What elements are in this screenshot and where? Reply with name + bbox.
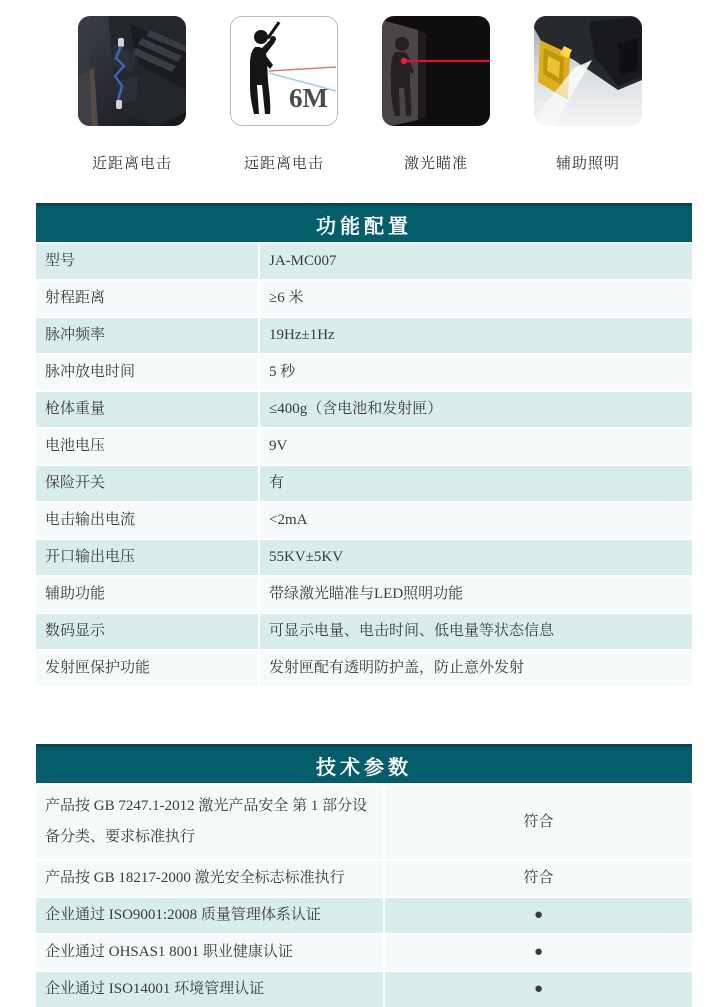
spec-label: 产品按 GB 7247.1-2012 激光产品安全 第 1 部分设备分类、要求标… [36,785,383,859]
spec-label: 发射匣保护功能 [36,651,258,686]
spec-label: 企业通过 ISO9001:2008 质量管理体系认证 [36,898,383,933]
spec-label: 脉冲放电时间 [36,355,258,390]
spec-value: 符合 [385,861,692,896]
close-range-shock-image [78,16,186,126]
spec-value: ≤400g（含电池和发射匣） [260,392,692,427]
spec-label: 型号 [36,244,258,279]
function-config-table: 功能配置 型号 JA-MC007 射程距离 ≥6 米 脉冲频率 19Hz±1Hz… [36,203,692,686]
feature-long-range-shock: 6M 远距离电击 [230,16,338,173]
spec-value: 19Hz±1Hz [260,318,692,353]
range-6m-diagram-icon: 6M [231,17,338,126]
electric-arc-device-icon [78,16,186,126]
spec-label: 企业通过 OHSAS1 8001 职业健康认证 [36,935,383,970]
spec-label: 保险开关 [36,466,258,501]
spec-value: 有 [260,466,692,501]
spec-value: ≥6 米 [260,281,692,316]
auxiliary-light-image [534,16,642,126]
feature-close-range-shock: 近距离电击 [78,16,186,173]
feature-caption: 激光瞄准 [382,152,490,173]
spec-value: 发射匣配有透明防护盖，防止意外发射 [260,651,692,686]
long-range-shock-image: 6M [230,16,338,126]
spec-label: 辅助功能 [36,577,258,612]
spec-value: 55KV±5KV [260,540,692,575]
spec-label: 企业通过 ISO14001 环境管理认证 [36,972,383,1007]
table-title: 功能配置 [36,203,692,242]
flashlight-beam-icon [534,16,642,126]
feature-caption: 辅助照明 [534,152,642,173]
spec-value: JA-MC007 [260,244,692,279]
spec-label: 脉冲频率 [36,318,258,353]
spec-label: 射程距离 [36,281,258,316]
spec-label: 开口输出电压 [36,540,258,575]
technical-params-table: 技术参数 产品按 GB 7247.1-2012 激光产品安全 第 1 部分设备分… [36,744,692,1007]
spec-label: 产品按 GB 18217-2000 激光安全标志标准执行 [36,861,383,896]
feature-caption: 近距离电击 [78,152,186,173]
spec-value: 5 秒 [260,355,692,390]
spec-value: 符合 [385,785,692,859]
svg-text:6M: 6M [289,83,328,113]
spec-value: <2mA [260,503,692,538]
spec-label: 电池电压 [36,429,258,464]
feature-auxiliary-light: 辅助照明 [534,16,642,173]
laser-aim-image [382,16,490,126]
spec-label: 枪体重量 [36,392,258,427]
spec-value: ● [385,935,692,970]
laser-target-icon [382,16,490,126]
feature-image-row: 近距离电击 6M 远距离电击 [0,0,724,173]
spec-label: 数码显示 [36,614,258,649]
spec-value: 9V [260,429,692,464]
spec-value: ● [385,972,692,1007]
spec-value: 带绿激光瞄准与LED照明功能 [260,577,692,612]
feature-caption: 远距离电击 [230,152,338,173]
spec-value: ● [385,898,692,933]
feature-laser-aim: 激光瞄准 [382,16,490,173]
spec-value: 可显示电量、电击时间、低电量等状态信息 [260,614,692,649]
table-title: 技术参数 [36,744,692,783]
spec-label: 电击输出电流 [36,503,258,538]
